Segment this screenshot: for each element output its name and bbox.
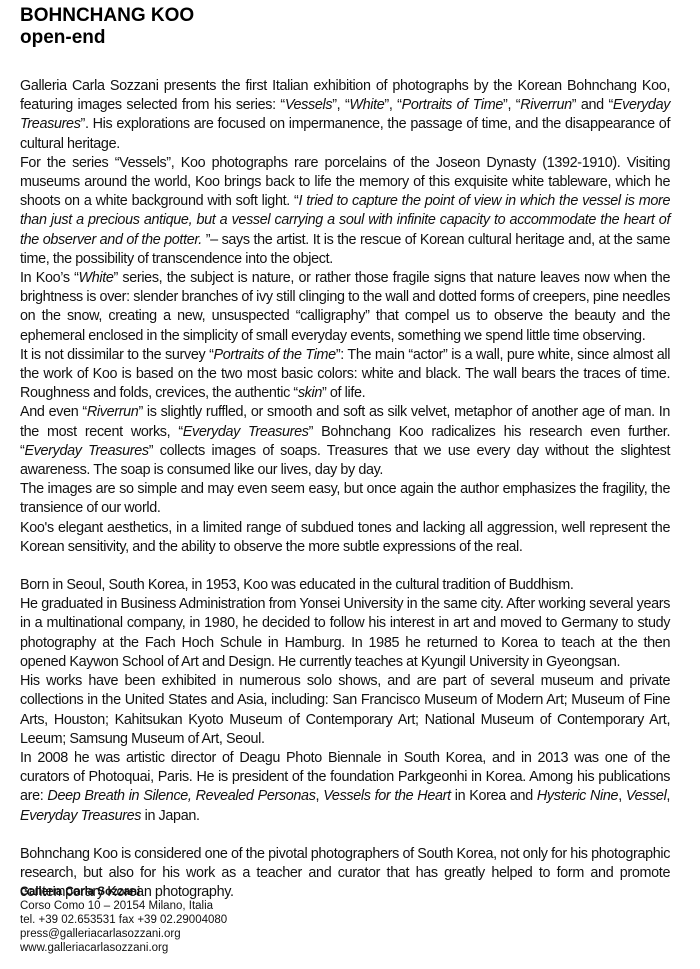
gallery-address: Corso Como 10 – 20154 Milano, Italia	[20, 899, 227, 913]
paragraph-white: In Koo’s “White” series, the subject is …	[20, 269, 670, 346]
press-release-page: BOHNCHANG KOO open-end Galleria Carla So…	[20, 0, 680, 902]
gallery-website-link[interactable]: www.galleriacarlasozzani.org	[20, 941, 227, 955]
spacer	[20, 557, 670, 576]
gallery-email-link[interactable]: press@galleriacarlasozzani.org	[20, 927, 227, 941]
paragraph-collections: His works have been exhibited in numerou…	[20, 672, 670, 749]
gallery-phone: tel. +39 02.653531 fax +39 02.29004080	[20, 913, 227, 927]
header: BOHNCHANG KOO open-end	[20, 0, 680, 49]
paragraph-publications: In 2008 he was artistic director of Deag…	[20, 749, 670, 826]
press-release-body: Galleria Carla Sozzani presents the firs…	[20, 77, 670, 902]
paragraph-aesthetics: Koo's elegant aesthetics, in a limited r…	[20, 519, 670, 557]
paragraph-intro: Galleria Carla Sozzani presents the firs…	[20, 77, 670, 154]
gallery-name: Galleria Carla Sozzani	[20, 885, 227, 899]
paragraph-portraits: It is not dissimilar to the survey “Port…	[20, 346, 670, 404]
paragraph-simplicity: The images are so simple and may even se…	[20, 480, 670, 518]
paragraph-vessels: For the series “Vessels”, Koo photograph…	[20, 154, 670, 269]
artist-name-title: BOHNCHANG KOO	[20, 5, 680, 27]
paragraph-biography-education: He graduated in Business Administration …	[20, 595, 670, 672]
paragraph-biography-birth: Born in Seoul, South Korea, in 1953, Koo…	[20, 576, 670, 595]
gallery-contact-block: Galleria Carla Sozzani Corso Como 10 – 2…	[20, 885, 227, 955]
paragraph-riverrun: And even “Riverrun” is slightly ruffled,…	[20, 403, 670, 480]
spacer	[20, 826, 670, 845]
exhibition-subtitle: open-end	[20, 27, 680, 49]
